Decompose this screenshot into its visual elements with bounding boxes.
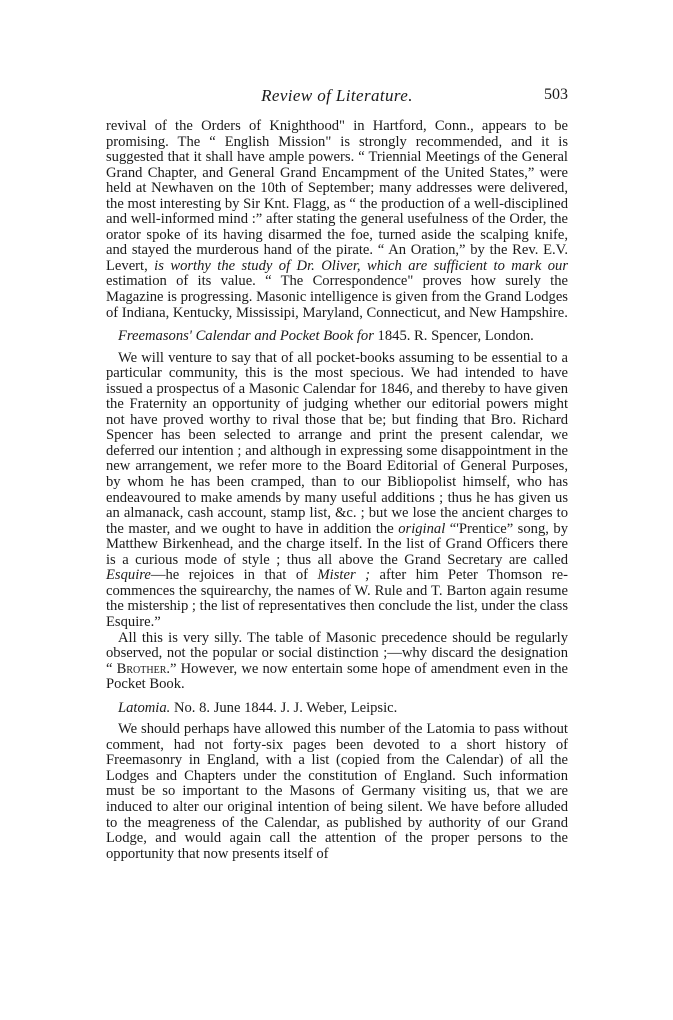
- paragraph-text: estimation of its value. “ The Correspon…: [106, 273, 568, 320]
- page-number: 503: [544, 86, 568, 104]
- italic-text: Esquire: [106, 567, 151, 583]
- paragraph-knighthood-review: revival of the Orders of Knighthood" in …: [106, 119, 568, 321]
- paragraph-silly-remark: All this is very silly. The table of Mas…: [106, 631, 568, 693]
- paragraph-text: We will venture to say that of all pocke…: [106, 350, 568, 537]
- paragraph-text: revival of the Orders of Knighthood" in …: [106, 118, 568, 274]
- entry-title: Latomia.: [118, 700, 170, 716]
- entry-heading-freemasons-calendar: Freemasons' Calendar and Pocket Book for…: [106, 329, 568, 345]
- paragraph-text: ” However, we now entertain some hope of…: [106, 661, 568, 693]
- entry-title: Freemasons' Calendar and Pocket Book for: [118, 328, 374, 344]
- italic-text: Mister ;: [318, 567, 370, 583]
- running-title: Review of Literature.: [106, 86, 568, 106]
- paragraph-text: We should perhaps have allowed this numb…: [106, 721, 568, 861]
- paragraph-calendar-review: We will venture to say that of all pocke…: [106, 351, 568, 631]
- body-text: revival of the Orders of Knighthood" in …: [106, 119, 568, 862]
- entry-publisher: 1845. R. Spencer, London.: [374, 328, 534, 344]
- italic-text: original: [398, 521, 445, 537]
- paragraph-latomia-review: We should perhaps have allowed this numb…: [106, 722, 568, 862]
- book-page: Review of Literature. 503 revival of the…: [106, 84, 568, 862]
- italic-text: is worthy the study of Dr. Oliver, which…: [154, 258, 568, 274]
- running-head: Review of Literature. 503: [106, 84, 568, 108]
- entry-publisher: No. 8. June 1844. J. J. Weber, Leipsic.: [170, 700, 397, 716]
- paragraph-text: —he rejoices in that of: [151, 567, 318, 583]
- entry-heading-latomia: Latomia. No. 8. June 1844. J. J. Weber, …: [106, 701, 568, 717]
- small-caps-text: Brother.: [117, 661, 170, 677]
